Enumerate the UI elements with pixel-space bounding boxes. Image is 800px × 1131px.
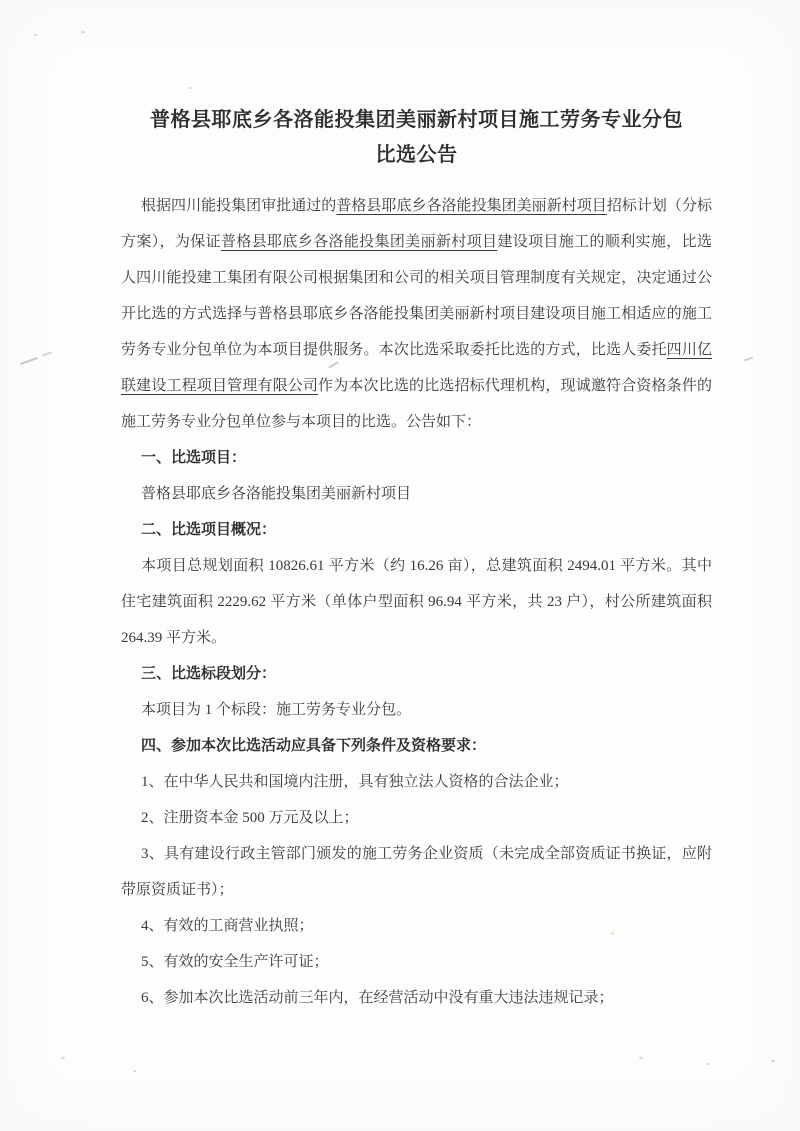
requirement-item-5: 5、有效的安全生产许可证； [121, 944, 712, 980]
section-heading-1: 一、比选项目： [121, 440, 712, 476]
scan-speck [61, 1057, 65, 1059]
document-title-line2: 比选公告 [121, 138, 712, 173]
scan-mark [42, 351, 52, 356]
requirement-item-2: 2、注册资本金 500 万元及以上； [121, 800, 712, 836]
document-body: 根据四川能投集团审批通过的普格县耶底乡各洛能投集团美丽新村项目招标计划（分标方案… [121, 188, 712, 1016]
scan-speck [133, 1070, 136, 1072]
underlined-project-name: 普格县耶底乡各洛能投集团美丽新村项目 [221, 234, 497, 250]
scan-speck [81, 31, 85, 33]
requirement-item-6: 6、参加本次比选活动前三年内，在经营活动中没有重大违法违规记录； [121, 980, 712, 1016]
scan-speck [771, 1060, 775, 1062]
requirement-item-1: 1、在中华人民共和国境内注册，具有独立法人资格的合法企业； [121, 764, 712, 800]
scan-speck [639, 1057, 643, 1059]
section-heading-2: 二、比选项目概况： [121, 512, 712, 548]
requirement-item-4: 4、有效的工商营业执照； [121, 908, 712, 944]
requirement-item-3: 3、具有建设行政主管部门颁发的施工劳务企业资质（未完成全部资质证书换证，应附带原… [121, 836, 712, 908]
document-content: 普格县耶底乡各洛能投集团美丽新村项目施工劳务专业分包 比选公告 根据四川能投集团… [121, 0, 712, 1016]
underlined-project-name: 普格县耶底乡各洛能投集团美丽新村项目 [336, 198, 606, 214]
document-title-line1: 普格县耶底乡各洛能投集团美丽新村项目施工劳务专业分包 [121, 103, 712, 138]
scan-mark [20, 357, 38, 365]
section-heading-4: 四、参加本次比选活动应具备下列条件及资格要求： [121, 728, 712, 764]
scan-mark [744, 357, 753, 362]
section-2-paragraph: 本项目总规划面积 10826.61 平方米（约 16.26 亩），总建筑面积 2… [121, 548, 712, 656]
section-heading-3: 三、比选标段划分： [121, 656, 712, 692]
intro-paragraph: 根据四川能投集团审批通过的普格县耶底乡各洛能投集团美丽新村项目招标计划（分标方案… [121, 188, 712, 440]
intro-text: 根据四川能投集团审批通过的 [141, 198, 336, 214]
document-page: 普格县耶底乡各洛能投集团美丽新村项目施工劳务专业分包 比选公告 根据四川能投集团… [0, 0, 800, 1131]
document-title: 普格县耶底乡各洛能投集团美丽新村项目施工劳务专业分包 比选公告 [121, 103, 712, 173]
scan-speck [34, 34, 37, 36]
section-3-paragraph: 本项目为 1 个标段：施工劳务专业分包。 [121, 692, 712, 728]
scan-speck [707, 1063, 710, 1065]
section-1-paragraph: 普格县耶底乡各洛能投集团美丽新村项目 [121, 476, 712, 512]
intro-text: 建设项目施工的顺利实施，比选人四川能投建工集团有限公司根据集团和公司的相关项目管… [121, 234, 712, 358]
